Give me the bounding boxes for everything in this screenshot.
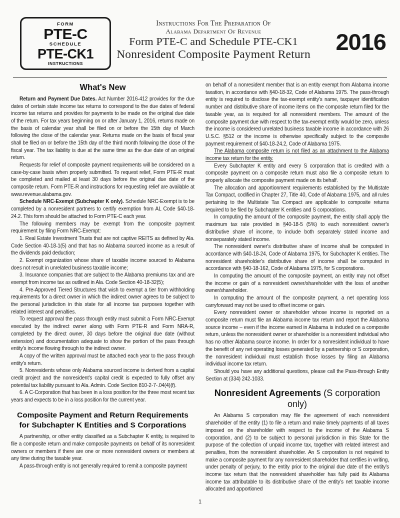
paragraph-underlined: The Alabama composite return is not file… [206, 148, 390, 163]
paragraph: Schedule NRC-Exempt (Subchapter K only).… [11, 199, 195, 221]
paragraph: In computing the amount of the composite… [206, 214, 390, 243]
paragraph-lead: Schedule NRC-Exempt (Subchapter K only). [20, 199, 124, 205]
page: FORM PTE-C SCHEDULE PTE-CK1 INSTRUCTIONS… [0, 0, 400, 518]
paragraph: A copy of the written approval must be a… [11, 353, 195, 368]
list-item: 3. Insurance companies that are subject … [11, 272, 195, 287]
list-item: 1. Real Estate Investment Trusts that ar… [11, 235, 195, 257]
paragraph: A partnership, or other entity classifie… [11, 434, 195, 463]
nonresident-agreements-heading: Nonresident Agreements (S corporation on… [206, 388, 390, 410]
whats-new-heading: What's New [11, 83, 195, 93]
paragraph: In computing the amount of the composite… [206, 273, 390, 295]
page-title: Instructions For The Preparation Of Alab… [111, 17, 316, 61]
paragraph: Should you have any additional questions… [206, 368, 390, 383]
form-number-box: FORM PTE-C SCHEDULE PTE-CK1 INSTRUCTIONS [20, 17, 111, 70]
list-item: 2. Exempt organization whose share of ta… [11, 257, 195, 272]
two-column-body: What's New Return and Payment Due Dates.… [0, 78, 400, 493]
form-number-ptec: PTE-C [24, 27, 108, 42]
paragraph-lead: Return and Payment Due Dates. [20, 96, 97, 102]
paragraph-text: Act Number 2016-412 provides for the due… [11, 96, 195, 160]
heading-bold-part: Nonresident Agreements [214, 388, 321, 398]
composite-payment-heading: Composite Payment and Return Requirement… [14, 410, 192, 430]
paragraph: Return and Payment Due Dates. Act Number… [11, 96, 195, 162]
paragraph: The allocation and apportionment require… [206, 185, 390, 214]
paragraph: An Alabama S corporation may file the ag… [206, 413, 390, 494]
title-line-4: Nonresident Composite Payment Return [111, 48, 316, 61]
document-page: FORM PTE-C SCHEDULE PTE-CK1 INSTRUCTIONS… [0, 0, 400, 518]
list-item: 4. Pre-Approved Tiered Structures that w… [11, 287, 195, 316]
list-item: 6. A C-Corporation that has been in a lo… [11, 390, 195, 405]
list-item: 5. Nonresidents whose only Alabama sourc… [11, 368, 195, 390]
paragraph: In computing the amount of the composite… [206, 295, 390, 310]
form-number-pteck1: PTE-CK1 [24, 47, 108, 61]
paragraph: on behalf of a nonresident member that i… [206, 82, 390, 148]
paragraph: Every Subchapter K entity and every S co… [206, 163, 390, 185]
tax-year-label: 2016 [316, 17, 386, 56]
paragraph: Requests for relief of composite payment… [11, 162, 195, 199]
left-column: What's New Return and Payment Due Dates.… [11, 82, 195, 493]
paragraph: Every nonresident owner or shareholder w… [206, 310, 390, 369]
page-header: FORM PTE-C SCHEDULE PTE-CK1 INSTRUCTIONS… [0, 0, 400, 70]
paragraph: The nonresident owner's distributive sha… [206, 244, 390, 273]
title-line-3: Form PTE-C and Schedule PTE-CK1 [111, 36, 316, 48]
page-number: 1 [0, 499, 400, 505]
paragraph: A pass-through entity is not generally r… [11, 463, 195, 470]
right-column: on behalf of a nonresident member that i… [206, 82, 390, 493]
paragraph: The following members may be exempt from… [11, 221, 195, 236]
form-box-instructions-label: INSTRUCTIONS [24, 61, 108, 66]
paragraph: To request approval the pass through ent… [11, 316, 195, 353]
